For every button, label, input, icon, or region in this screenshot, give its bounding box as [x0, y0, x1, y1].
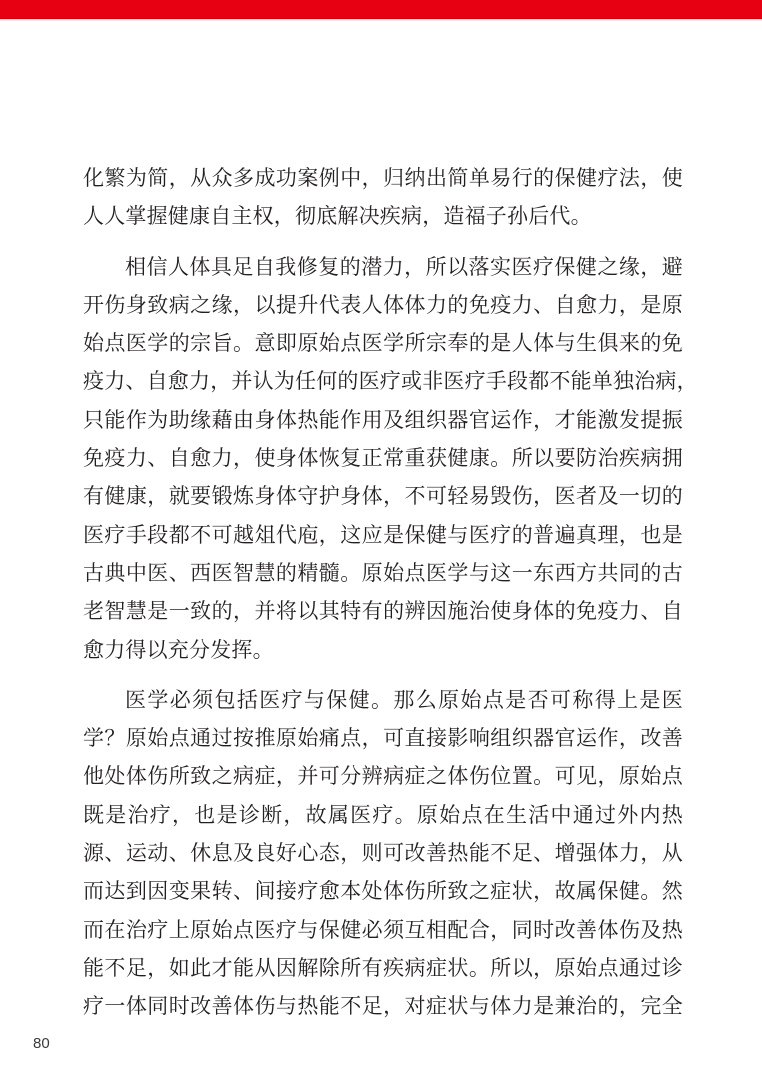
text-line: 医学必须包括医疗与保健。那么原始点是否可称得上是医	[83, 681, 683, 719]
header-color-bar	[0, 0, 762, 19]
text-line: 有健康，就要锻炼身体守护身体，不可轻易毁伤，医者及一切的	[83, 477, 683, 515]
paragraph-3: 医学必须包括医疗与保健。那么原始点是否可称得上是医 学？原始点通过按推原始痛点，…	[83, 681, 683, 1026]
text-line: 疫力、自愈力，并认为任何的医疗或非医疗手段都不能单独治病，	[83, 362, 683, 400]
text-line: 愈力得以充分发挥。	[83, 631, 683, 669]
text-line: 开伤身致病之缘，以提升代表人体体力的免疫力、自愈力，是原	[83, 286, 683, 324]
page-number: 80	[33, 1035, 50, 1052]
text-line: 人人掌握健康自主权，彻底解决疾病，造福子孙后代。	[83, 197, 683, 235]
paragraph-2: 相信人体具足自我修复的潜力，所以落实医疗保健之缘，避 开伤身致病之缘，以提升代表…	[83, 248, 683, 669]
text-line: 只能作为助缘藉由身体热能作用及组织器官运作，才能激发提振	[83, 401, 683, 439]
text-line: 他处体伤所致之病症，并可分辨病症之体伤位置。可见，原始点	[83, 757, 683, 795]
text-line: 古典中医、西医智慧的精髓。原始点医学与这一东西方共同的古	[83, 554, 683, 592]
text-line: 既是治疗，也是诊断，故属医疗。原始点在生活中通过外内热	[83, 796, 683, 834]
text-line: 疗一体同时改善体伤与热能不足，对症状与体力是兼治的，完全	[83, 987, 683, 1025]
text-line: 能不足，如此才能从因解除所有疾病症状。所以，原始点通过诊	[83, 949, 683, 987]
text-line: 化繁为简，从众多成功案例中，归纳出简单易行的保健疗法，使	[83, 159, 683, 197]
text-line: 源、运动、休息及良好心态，则可改善热能不足、增强体力，从	[83, 834, 683, 872]
text-line: 而达到因变果转、间接疗愈本处体伤所致之症状，故属保健。然	[83, 872, 683, 910]
paragraph-1: 化繁为简，从众多成功案例中，归纳出简单易行的保健疗法，使 人人掌握健康自主权，彻…	[83, 159, 683, 236]
text-line: 而在治疗上原始点医疗与保健必须互相配合，同时改善体伤及热	[83, 911, 683, 949]
text-line: 免疫力、自愈力，使身体恢复正常重获健康。所以要防治疾病拥	[83, 439, 683, 477]
text-line: 医疗手段都不可越俎代庖，这应是保健与医疗的普遍真理，也是	[83, 516, 683, 554]
text-line: 老智慧是一致的，并将以其特有的辨因施治使身体的免疫力、自	[83, 592, 683, 630]
body-text: 化繁为简，从众多成功案例中，归纳出简单易行的保健疗法，使 人人掌握健康自主权，彻…	[83, 159, 683, 1026]
text-line: 学？原始点通过按推原始痛点，可直接影响组织器官运作，改善	[83, 719, 683, 757]
text-line: 相信人体具足自我修复的潜力，所以落实医疗保健之缘，避	[83, 248, 683, 286]
text-line: 始点医学的宗旨。意即原始点医学所宗奉的是人体与生俱来的免	[83, 324, 683, 362]
